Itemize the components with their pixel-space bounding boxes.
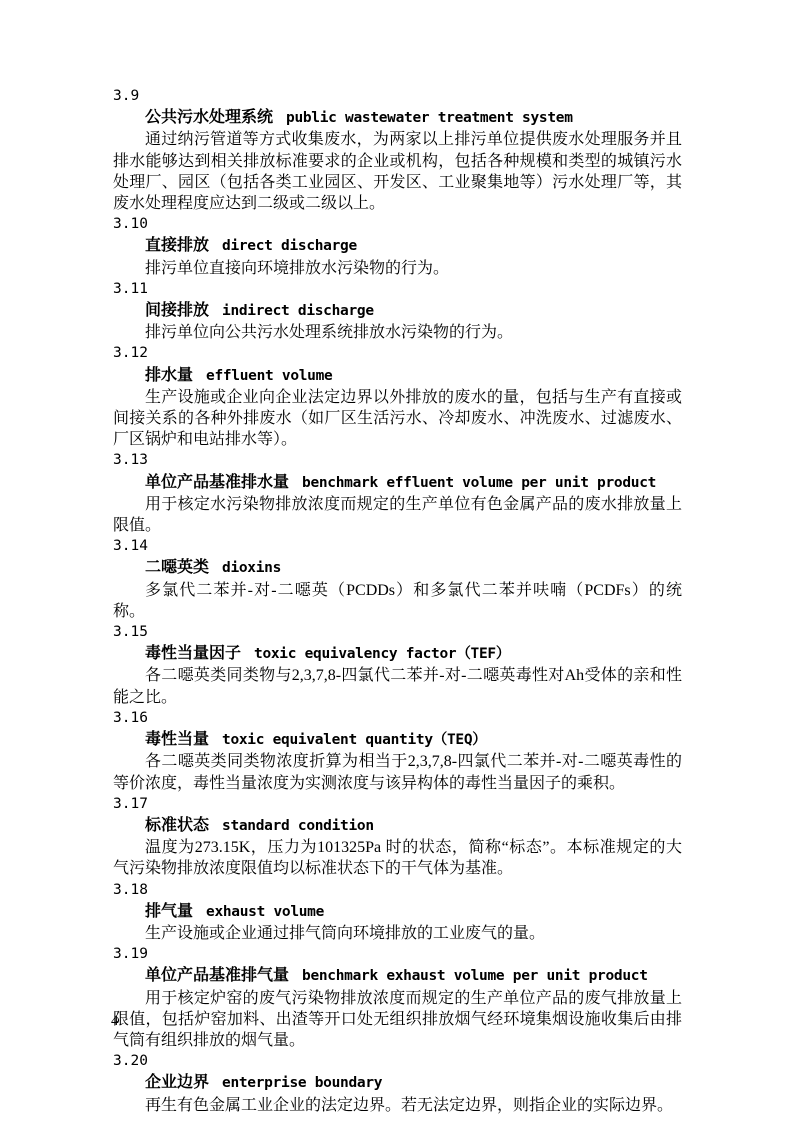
section-number: 3.12 <box>113 343 682 364</box>
term-heading: 公共污水处理系统public wastewater treatment syst… <box>113 107 682 129</box>
term-section: 3.9 公共污水处理系统public wastewater treatment … <box>113 86 682 214</box>
section-number: 3.11 <box>113 279 682 300</box>
section-number: 3.19 <box>113 944 682 965</box>
term-chinese: 毒性当量 <box>145 731 209 748</box>
term-section: 3.13 单位产品基准排水量benchmark effluent volume … <box>113 450 682 536</box>
section-number: 3.15 <box>113 622 682 643</box>
term-chinese: 排水量 <box>145 367 193 384</box>
term-definition: 各二噁英类同类物与2,3,7,8-四氯代二苯并-对-二噁英毒性对Ah受体的亲和性… <box>113 665 682 707</box>
term-heading: 单位产品基准排水量benchmark effluent volume per u… <box>113 472 682 494</box>
term-section: 3.12 排水量effluent volume 生产设施或企业向企业法定边界以外… <box>113 343 682 450</box>
section-number: 3.13 <box>113 450 682 471</box>
terminology-sections: 3.9 公共污水处理系统public wastewater treatment … <box>113 86 682 1116</box>
term-heading: 企业边界enterprise boundary <box>113 1072 682 1094</box>
section-number: 3.16 <box>113 708 682 729</box>
term-chinese: 排气量 <box>145 903 193 920</box>
term-definition: 各二噁英类同类物浓度折算为相当于2,3,7,8-四氯代二苯并-对-二噁英毒性的等… <box>113 751 682 793</box>
term-section: 3.17 标准状态standard condition 温度为273.15K，压… <box>113 794 682 880</box>
term-english: toxic equivalent quantity（TEQ） <box>222 732 486 748</box>
term-english: standard condition <box>222 818 374 834</box>
term-section: 3.11 间接排放indirect discharge 排污单位向公共污水处理系… <box>113 279 682 344</box>
term-english: effluent volume <box>206 368 332 384</box>
term-english: public wastewater treatment system <box>286 110 573 126</box>
term-chinese: 公共污水处理系统 <box>145 109 273 126</box>
term-heading: 排气量exhaust volume <box>113 901 682 923</box>
term-heading: 间接排放indirect discharge <box>113 300 682 322</box>
term-section: 3.19 单位产品基准排气量benchmark exhaust volume p… <box>113 944 682 1051</box>
term-definition: 多氯代二苯并-对-二噁英（PCDDs）和多氯代二苯并呋喃（PCDFs）的统称。 <box>113 580 682 622</box>
term-chinese: 标准状态 <box>145 817 209 834</box>
section-number: 3.14 <box>113 536 682 557</box>
term-definition: 温度为273.15K，压力为101325Pa 时的状态，简称“标态”。本标准规定… <box>113 837 682 879</box>
term-section: 3.20 企业边界enterprise boundary 再生有色金属工业企业的… <box>113 1051 682 1116</box>
term-heading: 标准状态standard condition <box>113 815 682 837</box>
term-section: 3.16 毒性当量toxic equivalent quantity（TEQ） … <box>113 708 682 794</box>
term-english: indirect discharge <box>222 303 374 319</box>
page-number: 4 <box>111 1013 119 1030</box>
term-definition: 排污单位向公共污水处理系统排放水污染物的行为。 <box>113 322 682 343</box>
section-number: 3.10 <box>113 214 682 235</box>
term-definition: 用于核定水污染物排放浓度而规定的生产单位有色金属产品的废水排放量上限值。 <box>113 494 682 536</box>
term-english: benchmark exhaust volume per unit produc… <box>302 968 648 984</box>
term-chinese: 二噁英类 <box>145 559 209 576</box>
term-heading: 毒性当量toxic equivalent quantity（TEQ） <box>113 729 682 751</box>
term-definition: 生产设施或企业向企业法定边界以外排放的废水的量，包括与生产有直接或间接关系的各种… <box>113 387 682 451</box>
term-english: exhaust volume <box>206 904 324 920</box>
term-definition: 排污单位直接向环境排放水污染物的行为。 <box>113 258 682 279</box>
document-page: 3.9 公共污水处理系统public wastewater treatment … <box>0 0 794 1123</box>
term-definition: 用于核定炉窑的废气污染物排放浓度而规定的生产单位产品的废气排放量上限值，包括炉窑… <box>113 988 682 1052</box>
term-heading: 直接排放direct discharge <box>113 235 682 257</box>
term-english: toxic equivalency factor（TEF） <box>254 646 510 662</box>
term-chinese: 单位产品基准排气量 <box>145 967 289 984</box>
term-chinese: 毒性当量因子 <box>145 645 241 662</box>
term-section: 3.10 直接排放direct discharge 排污单位直接向环境排放水污染… <box>113 214 682 279</box>
term-chinese: 企业边界 <box>145 1074 209 1091</box>
term-heading: 毒性当量因子toxic equivalency factor（TEF） <box>113 643 682 665</box>
section-number: 3.9 <box>113 86 682 107</box>
term-definition: 通过纳污管道等方式收集废水，为两家以上排污单位提供废水处理服务并且排水能够达到相… <box>113 129 682 214</box>
section-number: 3.18 <box>113 880 682 901</box>
term-section: 3.14 二噁英类dioxins 多氯代二苯并-对-二噁英（PCDDs）和多氯代… <box>113 536 682 622</box>
term-heading: 单位产品基准排气量benchmark exhaust volume per un… <box>113 965 682 987</box>
term-chinese: 间接排放 <box>145 302 209 319</box>
term-chinese: 直接排放 <box>145 237 209 254</box>
term-chinese: 单位产品基准排水量 <box>145 474 289 491</box>
term-english: enterprise boundary <box>222 1075 382 1091</box>
term-english: dioxins <box>222 560 281 576</box>
term-section: 3.15 毒性当量因子toxic equivalency factor（TEF）… <box>113 622 682 708</box>
term-heading: 二噁英类dioxins <box>113 557 682 579</box>
section-number: 3.20 <box>113 1051 682 1072</box>
term-section: 3.18 排气量exhaust volume 生产设施或企业通过排气筒向环境排放… <box>113 880 682 945</box>
term-definition: 再生有色金属工业企业的法定边界。若无法定边界，则指企业的实际边界。 <box>113 1095 682 1116</box>
section-number: 3.17 <box>113 794 682 815</box>
term-english: benchmark effluent volume per unit produ… <box>302 475 656 491</box>
term-heading: 排水量effluent volume <box>113 365 682 387</box>
term-english: direct discharge <box>222 238 357 254</box>
term-definition: 生产设施或企业通过排气筒向环境排放的工业废气的量。 <box>113 923 682 944</box>
